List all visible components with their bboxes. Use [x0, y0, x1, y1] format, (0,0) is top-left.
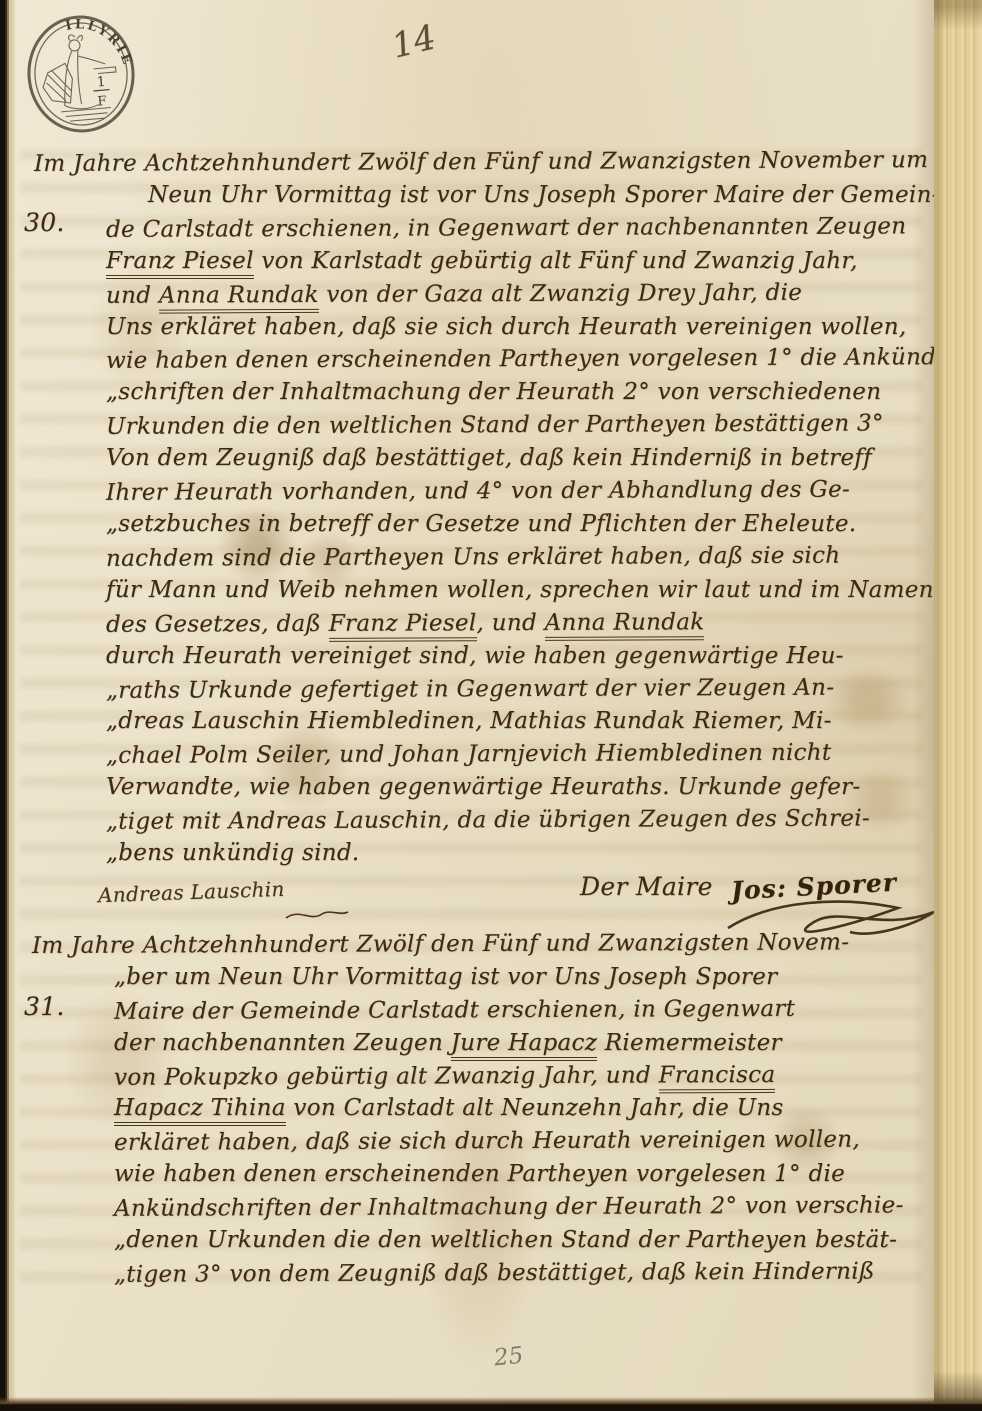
register-line: de Carlstadt erschienen, in Gegenwart de… [106, 210, 937, 247]
revenue-stamp-icon: ILLYRIE 1 F [19, 7, 143, 140]
register-line: „schriften der Inhaltmachung der Heurath… [106, 376, 937, 409]
register-line: Im Jahre Achtzehnhundert Zwölf den Fünf … [34, 144, 937, 181]
register-line: des Gesetzes, daß Franz Piesel, und Anna… [106, 605, 937, 642]
register-line: durch Heurath vereiniget sind, wie haben… [106, 640, 937, 673]
entry-lines: Im Jahre Achtzehnhundert Zwölf den Fünf … [32, 146, 937, 870]
underlined-name: Anna Rundak [159, 282, 319, 314]
register-line: Neun Uhr Vormittag ist vor Uns Joseph Sp… [148, 179, 937, 212]
register-line: Franz Piesel von Karlstadt gebürtig alt … [106, 245, 937, 278]
signature-row: Andreas Lauschin Der Maire Jos: Sporer [32, 872, 937, 922]
register-line: Von dem Zeugniß daß bestättiget, daß kei… [106, 442, 937, 475]
register-line: der nachbenannten Zeugen Jure Hapacz Rie… [114, 1027, 937, 1060]
register-line: für Mann und Weib nehmen wollen, spreche… [106, 574, 937, 607]
underlined-name: Franz Piesel [329, 610, 477, 642]
revenue-stamp: ILLYRIE 1 F [19, 7, 143, 140]
signature-andreas-lauschin: Andreas Lauschin [98, 877, 285, 907]
witness-signature-flourish-icon [282, 906, 352, 924]
marriage-entry-30: 30. Im Jahre Achtzehnhundert Zwölf den F… [32, 146, 937, 922]
register-line: „dreas Lauschin Hiembledinen, Mathias Ru… [106, 705, 937, 738]
stamp-value: 1 [96, 74, 106, 91]
register-line: wie haben denen erscheinenden Partheyen … [106, 342, 937, 379]
register-line: Verwandte, wie haben gegenwärtige Heurat… [106, 771, 937, 804]
stamp-unit: F [97, 94, 107, 110]
book-bottom-edge [0, 1397, 982, 1411]
pencil-page-number: 25 [493, 1343, 525, 1372]
register-line: „tigen 3° von dem Zeugniß daß bestättige… [114, 1255, 937, 1291]
register-line: und Anna Rundak von der Gaza alt Zwanzig… [106, 276, 937, 313]
underlined-name: Franz Piesel [106, 248, 254, 279]
register-page: ILLYRIE 1 F 14 30 [0, 0, 982, 1411]
underlined-name: Francisca [659, 1061, 776, 1093]
register-line: Hapacz Tihina von Carlstadt alt Neunzehn… [114, 1092, 937, 1125]
register-line: Maire der Gemeinde Carlstadt erschienen,… [114, 992, 937, 1028]
register-content: 30. Im Jahre Achtzehnhundert Zwölf den F… [32, 146, 937, 1290]
register-line: „raths Urkunde gefertiget in Gegenwart d… [106, 671, 937, 708]
register-line: erkläret haben, daß sie sich durch Heura… [114, 1124, 937, 1160]
register-line: nachdem sind die Partheyen Uns erkläret … [106, 539, 937, 576]
entry-number: 31. [24, 992, 65, 1021]
maire-signature-label: Der Maire [580, 872, 713, 901]
register-line: „ber um Neun Uhr Vormittag ist vor Uns J… [114, 961, 937, 994]
stamp-figure [39, 31, 120, 123]
entry-lines: Im Jahre Achtzehnhundert Zwölf den Fünf … [32, 928, 937, 1290]
register-line: „denen Urkunden die den weltlichen Stand… [114, 1224, 937, 1257]
binding-edge [0, 0, 16, 1411]
register-line: von Pokupzko gebürtig alt Zwanzig Jahr, … [114, 1058, 937, 1094]
stamp-denomination: 1 F [92, 74, 111, 110]
register-line: „setzbuches in betreff der Gesetze und P… [106, 508, 937, 541]
maire-signature-name: Jos: Sporer [730, 868, 897, 906]
book-fore-edge [934, 0, 982, 1411]
register-line: Im Jahre Achtzehnhundert Zwölf den Fünf … [32, 926, 937, 963]
register-line: Ihrer Heurath vorhanden, und 4° von der … [106, 473, 937, 510]
underlined-name: Jure Hapacz [451, 1030, 597, 1061]
folio-number: 14 [388, 17, 440, 66]
register-line: „chael Polm Seiler, und Johan Jarnjevich… [106, 736, 937, 773]
register-line: „tiget mit Andreas Lauschin, da die übri… [106, 802, 937, 839]
marriage-entry-31: 31. Im Jahre Achtzehnhundert Zwölf den F… [32, 928, 937, 1290]
register-line: „bens unkündig sind. [106, 837, 937, 870]
entry-number: 30. [24, 208, 65, 237]
register-line: Urkunden die den weltlichen Stand der Pa… [106, 407, 937, 444]
register-line: Ankündschriften der Inhaltmachung der He… [114, 1189, 937, 1225]
underlined-name: Anna Rundak [545, 609, 705, 641]
register-line: wie haben denen erscheinenden Partheyen … [114, 1158, 937, 1191]
maire-signature: Der Maire Jos: Sporer [580, 872, 897, 901]
register-line: Uns erkläret haben, daß sie sich durch H… [106, 311, 937, 344]
underlined-name: Hapacz Tihina [114, 1095, 286, 1126]
